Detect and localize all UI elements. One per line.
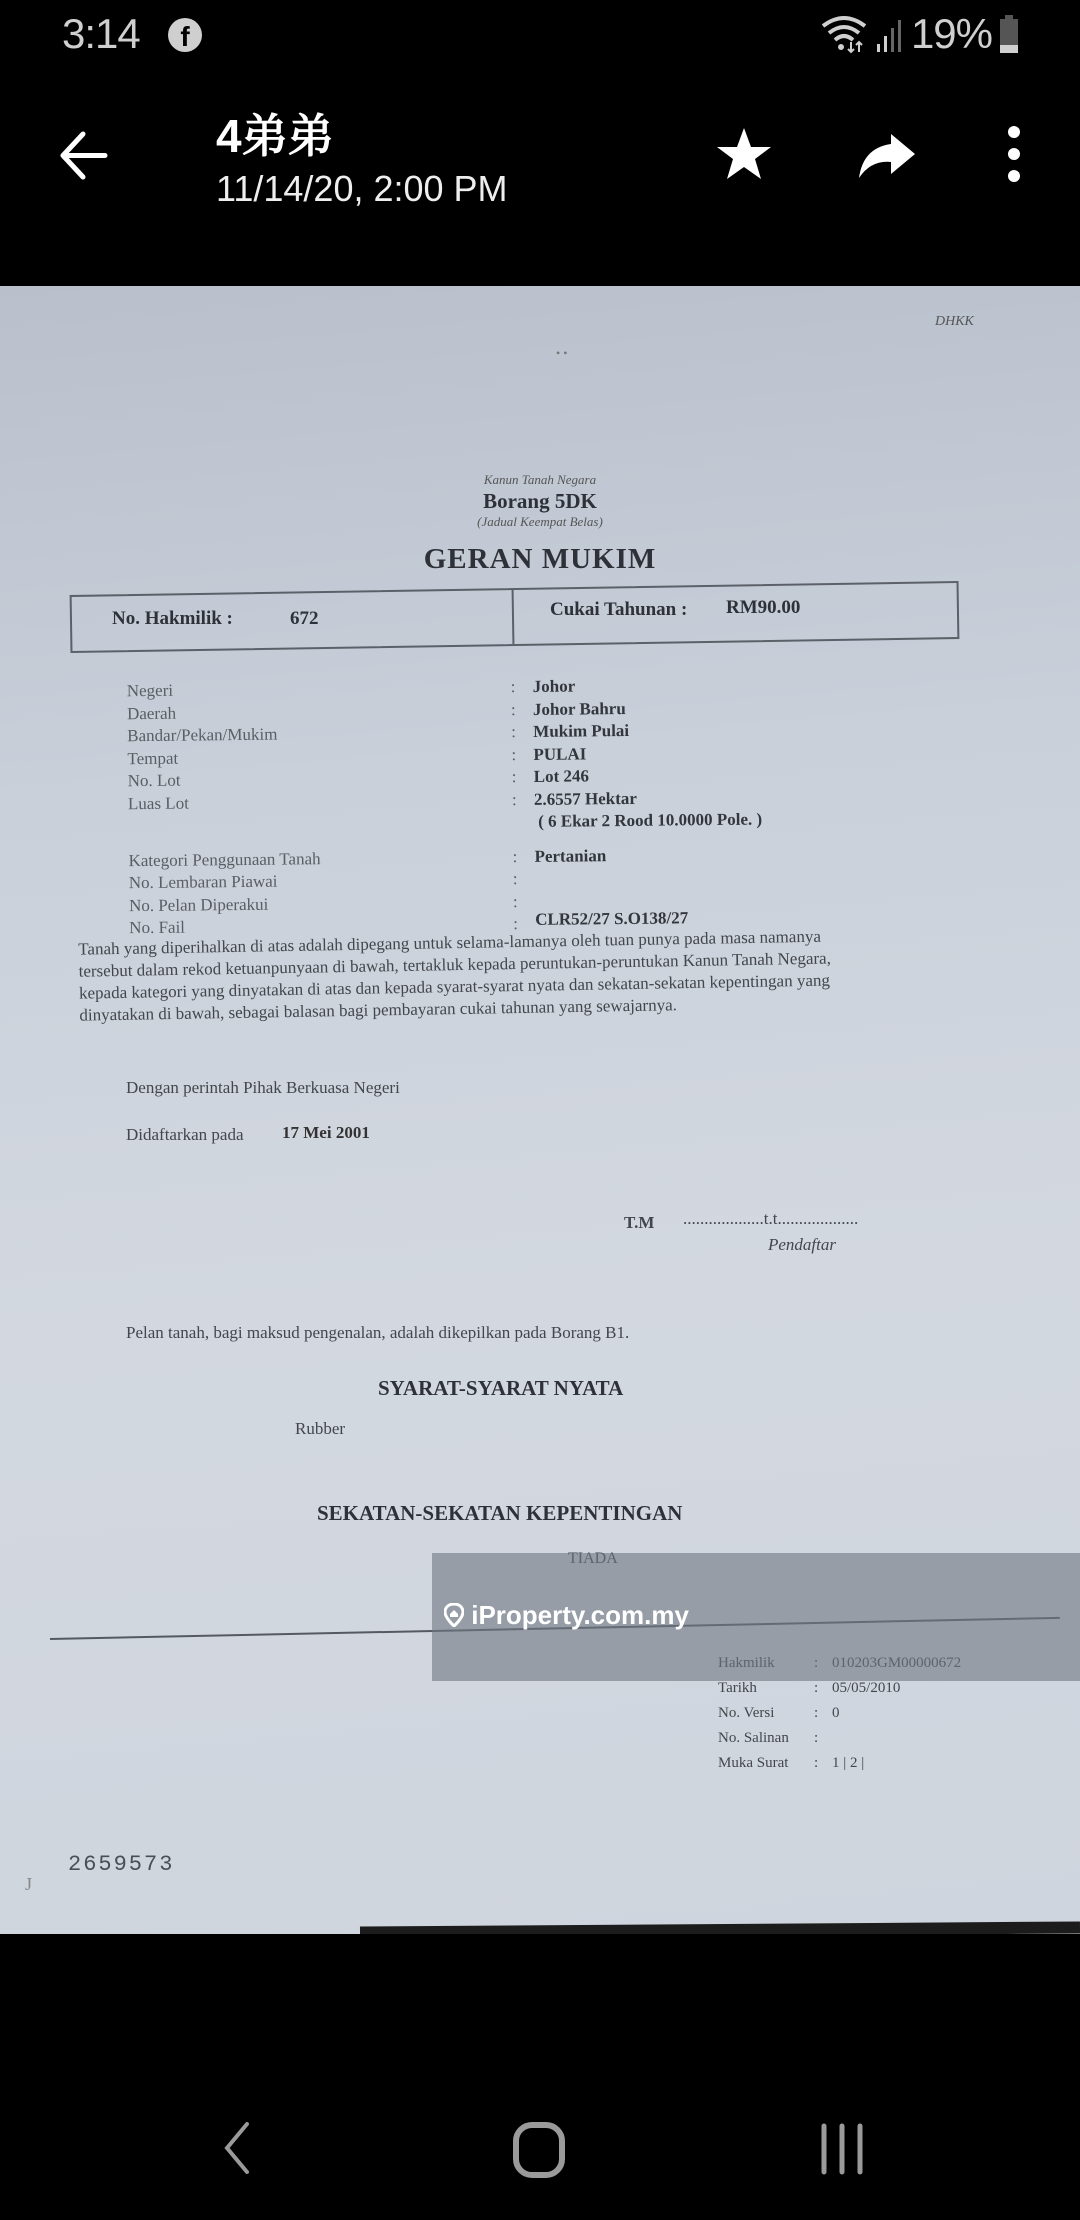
page-title: 4弟弟 [216, 100, 334, 166]
battery-percent: 19% [911, 10, 992, 58]
footer-colon: : [814, 1752, 818, 1775]
field-colon: : [512, 846, 517, 869]
field-label: Negeri [127, 680, 173, 703]
field-label: No. Pelan Diperakui [129, 893, 269, 917]
field-colon: : [512, 789, 517, 812]
header-small: Kanun Tanah Negara [0, 472, 1080, 488]
field-colon: : [511, 721, 516, 744]
arrow-back-icon[interactable] [55, 128, 110, 183]
field-label: Bandar/Pekan/Mukim [127, 724, 277, 748]
box-divider [512, 590, 515, 644]
status-time: 3:14 [62, 10, 140, 58]
status-bar: 3:14 f 19% [0, 0, 1080, 70]
field-label: No. Lot [128, 770, 181, 793]
field-colon: : [512, 766, 517, 789]
battery-icon [1000, 19, 1018, 53]
footer-colon: : [814, 1727, 818, 1750]
field-value: Pertanian [534, 845, 606, 868]
registrar-label: Pendaftar [768, 1234, 836, 1257]
registered-label: Didaftarkan pada [126, 1124, 244, 1147]
field-colon: : [511, 699, 516, 722]
plan-note: Pelan tanah, bagi maksud pengenalan, ada… [126, 1322, 629, 1345]
nav-bar [0, 2080, 1080, 2220]
location-pin-icon [444, 1603, 464, 1627]
field-value: Johor [533, 675, 576, 698]
footer-value: 1 | 2 | [832, 1752, 864, 1775]
field-label: Kategori Penggunaan Tanah [128, 848, 320, 873]
star-icon[interactable] [712, 122, 776, 186]
field-colon: : [513, 868, 518, 891]
wifi-icon [821, 14, 867, 54]
footer-value: 0 [832, 1702, 840, 1725]
footer-colon: : [814, 1702, 818, 1725]
serial-number: 2659573 [68, 1852, 174, 1877]
field-value: Lot 246 [534, 765, 589, 788]
field-colon: : [513, 891, 518, 914]
footer-label: No. Versi [718, 1702, 774, 1725]
authority-text: Dengan perintah Pihak Berkuasa Negeri [126, 1077, 400, 1100]
home-nav-icon[interactable] [512, 2121, 568, 2179]
stray-mark: J [25, 1874, 32, 1895]
recents-nav-icon[interactable] [818, 2120, 868, 2180]
footer-label: Muka Surat [718, 1752, 788, 1775]
conditions-title: SYARAT-SYARAT NYATA [378, 1376, 623, 1401]
field-colon: : [511, 676, 516, 699]
document-edge [360, 1921, 1080, 1934]
watermark-text: iProperty.com.my [471, 1600, 689, 1630]
mark: • • [556, 346, 567, 361]
form-sub: (Jadual Keempat Belas) [0, 514, 1080, 530]
cukai-label: Cukai Tahunan : [550, 599, 687, 621]
registered-date: 17 Mei 2001 [282, 1122, 370, 1145]
field-value: Johor Bahru [533, 697, 626, 720]
fields-table: Negeri:JohorDaerah:Johor BahruBandar/Pek… [127, 672, 930, 940]
field-label: Tempat [127, 747, 178, 770]
watermark: iProperty.com.my [444, 1600, 689, 1631]
field-label: No. Lembaran Piawai [129, 871, 278, 895]
facebook-icon: f [168, 18, 202, 52]
field-value: 2.6557 Hektar [534, 787, 637, 811]
form-name: Borang 5DK [0, 489, 1080, 514]
hakmilik-label: No. Hakmilik : [112, 608, 233, 630]
share-icon[interactable] [855, 122, 919, 186]
field-value: ( 6 Ekar 2 Rood 10.0000 Pole. ) [538, 809, 762, 834]
conditions-value: Rubber [295, 1418, 345, 1441]
back-nav-icon[interactable] [222, 2120, 252, 2180]
field-label: Daerah [127, 702, 176, 725]
field-value: Mukim Pulai [533, 720, 629, 744]
signal-icon [875, 14, 903, 54]
footer-label: No. Salinan [718, 1727, 789, 1750]
cukai-value: RM90.00 [726, 597, 800, 619]
document-photo[interactable]: DHKK • • Kanun Tanah Negara Borang 5DK (… [0, 286, 1080, 1934]
tm-label: T.M [624, 1212, 654, 1235]
restrictions-title: SEKATAN-SEKATAN KEPENTINGAN [317, 1501, 682, 1526]
field-colon: : [511, 744, 516, 767]
signature-line: ...................t.t..................… [683, 1208, 858, 1231]
document-title: GERAN MUKIM [0, 543, 1080, 576]
hakmilik-value: 672 [290, 608, 319, 630]
more-vert-icon[interactable] [982, 122, 1046, 186]
corner-note: DHKK [935, 314, 974, 330]
field-value: PULAI [533, 743, 586, 766]
field-label: Luas Lot [128, 792, 189, 815]
page-subtitle: 11/14/20, 2:00 PM [216, 168, 508, 210]
status-right: 19% [821, 10, 1018, 58]
